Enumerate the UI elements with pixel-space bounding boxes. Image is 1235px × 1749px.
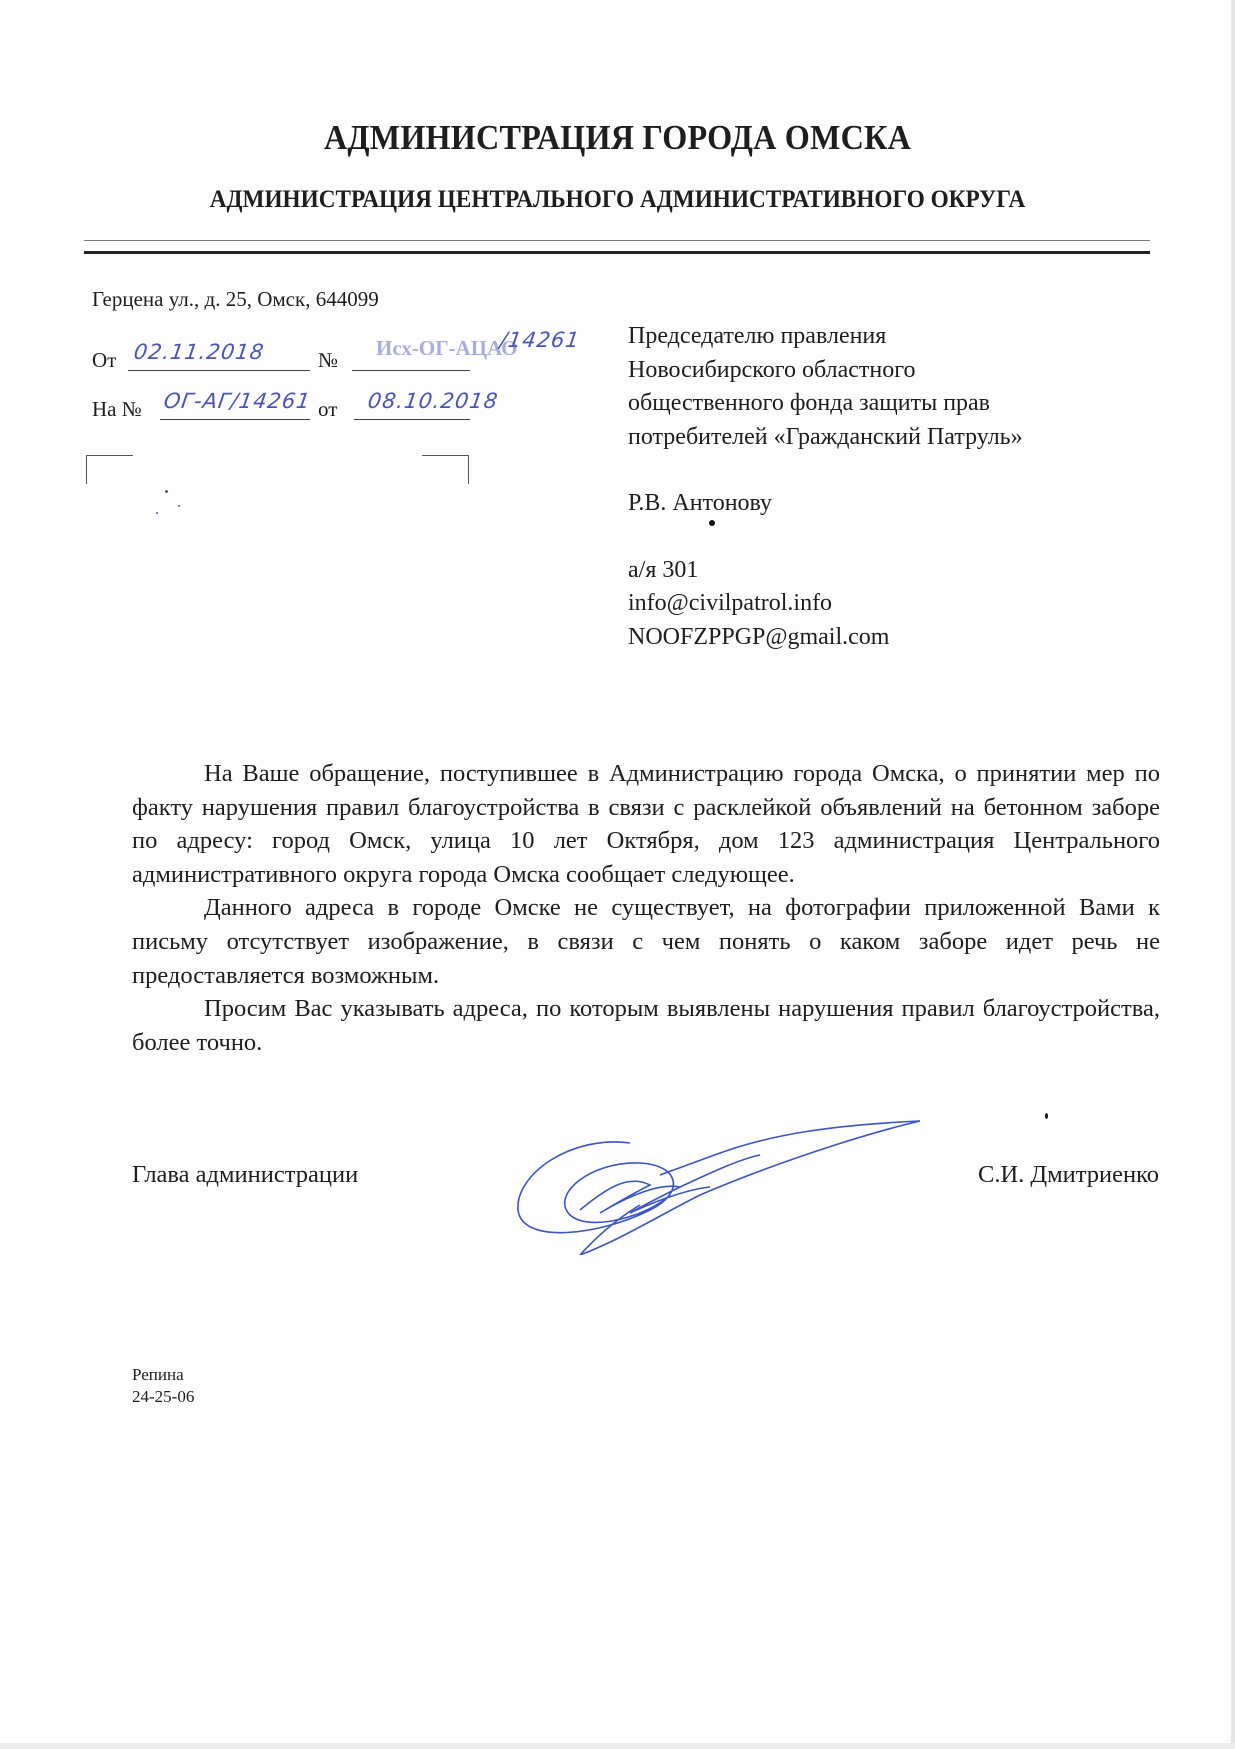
reply-to-date-label: от	[318, 397, 337, 422]
recipient-name: Р.В. Антонову	[628, 487, 1023, 521]
sender-address: Герцена ул., д. 25, Омск, 644099	[92, 287, 379, 312]
recipient-email-1: info@civilpatrol.info	[628, 587, 1023, 621]
reply-to-label: На №	[92, 397, 142, 422]
page-edge	[1231, 0, 1235, 1749]
scan-speck	[1045, 1113, 1048, 1119]
executor-phone: 24-25-06	[132, 1386, 194, 1408]
letterhead-rule-thin	[84, 240, 1150, 241]
scan-speck	[156, 512, 158, 514]
body-paragraph: Просим Вас указывать адреса, по которым …	[132, 992, 1160, 1059]
body-paragraph: Данного адреса в городе Омске не существ…	[132, 891, 1160, 992]
executor-block: Репина 24-25-06	[132, 1364, 194, 1408]
letterhead-rule-thick	[84, 251, 1150, 254]
reply-to-date: 08.10.2018	[366, 389, 500, 413]
number-label: №	[318, 348, 338, 373]
letter-body: На Ваше обращение, поступившее в Админис…	[132, 757, 1160, 1059]
outgoing-number-stamp: Исх-ОГ-АЦАО	[376, 336, 518, 361]
outgoing-number-handwritten: /14261	[498, 328, 581, 352]
recipient-po-box: а/я 301	[628, 554, 1023, 588]
recipient-email-2: NOOFZPPGP@gmail.com	[628, 621, 1023, 655]
letterhead-title: АДМИНИСТРАЦИЯ ГОРОДА ОМСКА	[49, 118, 1185, 158]
recipient-line: потребителей «Гражданский Патруль»	[628, 421, 1023, 455]
scan-speck	[165, 490, 168, 493]
body-paragraph: На Ваше обращение, поступившее в Админис…	[132, 757, 1160, 891]
recipient-line: Новосибирского областного	[628, 354, 1023, 388]
signatory-position: Глава администрации	[132, 1161, 358, 1189]
address-corner-left	[86, 455, 133, 484]
letterhead-subtitle: АДМИНИСТРАЦИЯ ЦЕНТРАЛЬНОГО АДМИНИСТРАТИВ…	[43, 186, 1192, 214]
executor-name: Репина	[132, 1364, 194, 1386]
from-label: От	[92, 348, 116, 373]
page-bottom-edge	[0, 1743, 1235, 1749]
scan-speck	[178, 505, 180, 507]
from-date: 02.11.2018	[132, 340, 266, 364]
reply-to-number: ОГ-АГ/14261	[162, 389, 312, 413]
handwritten-signature	[510, 1115, 930, 1255]
recipient-line: общественного фонда защиты прав	[628, 387, 1023, 421]
signatory-name: С.И. Дмитриенко	[978, 1161, 1159, 1189]
recipient-block: Председателю правления Новосибирского об…	[628, 320, 1023, 654]
recipient-line: Председателю правления	[628, 320, 1023, 354]
address-corner-right	[422, 455, 469, 484]
